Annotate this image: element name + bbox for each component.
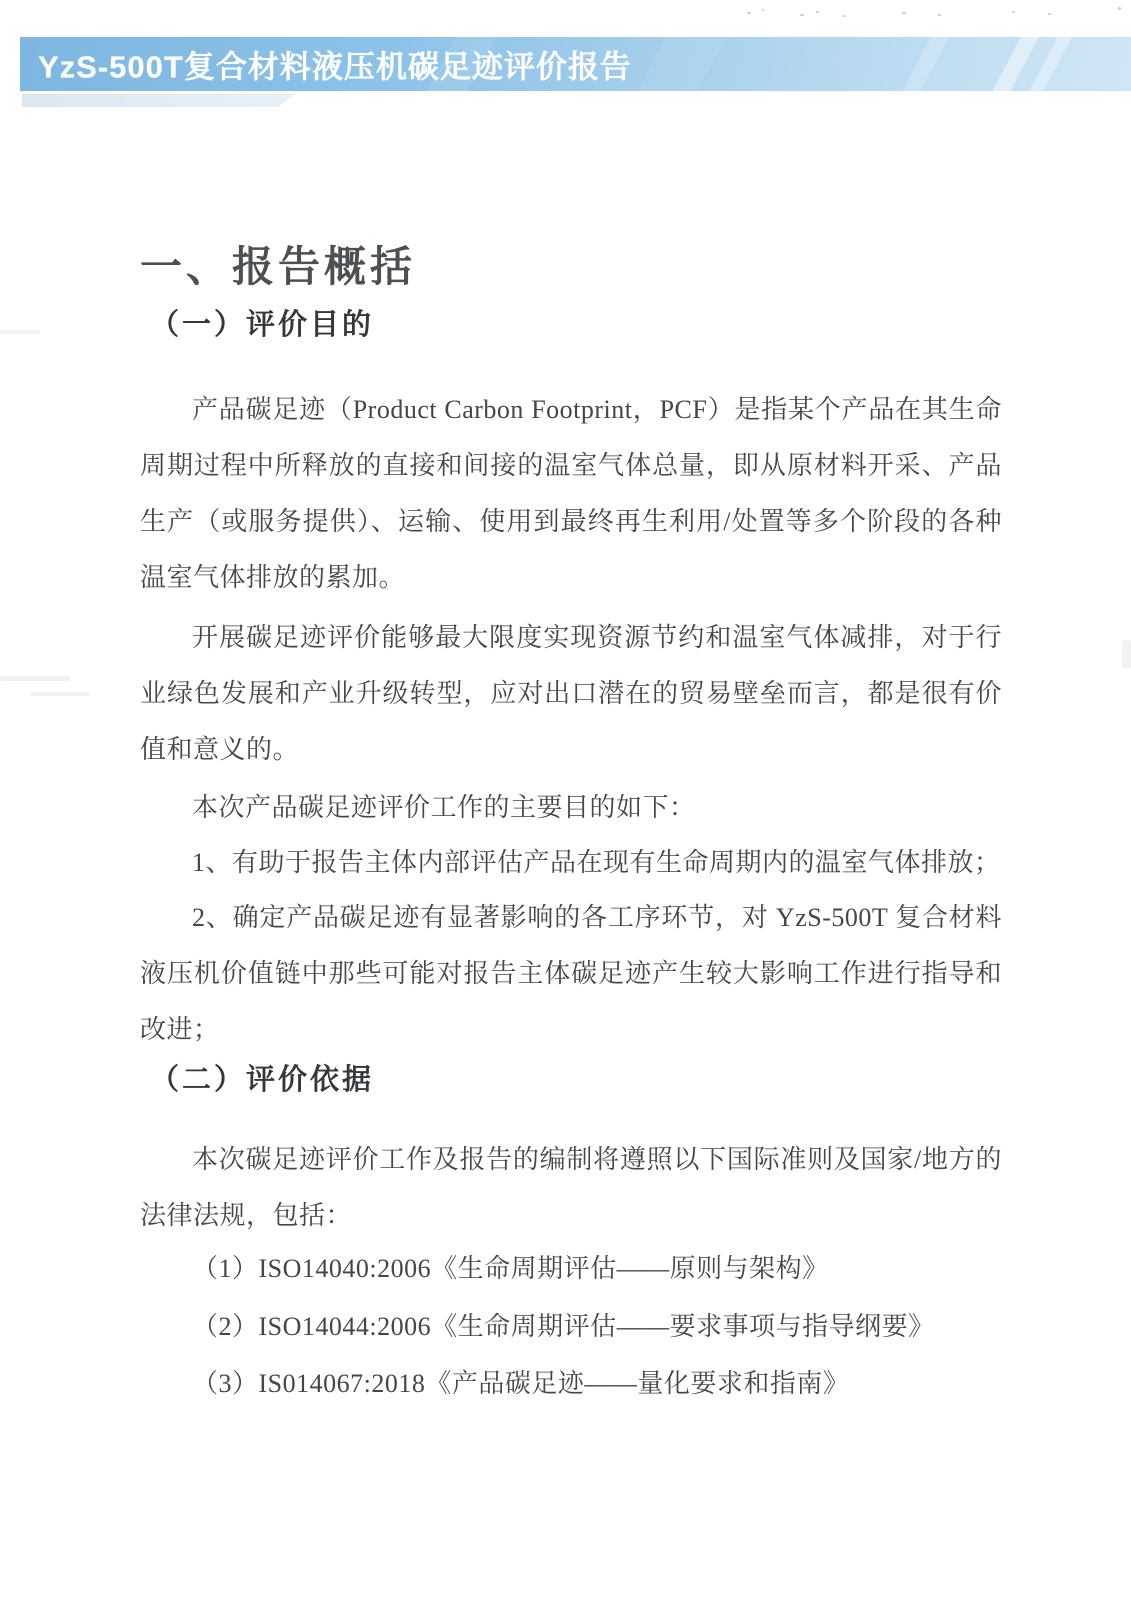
paragraph-pcf-definition: 产品碳足迹（Product Carbon Footprint，PCF）是指某个产… [140,382,1002,606]
scan-dust [843,15,846,17]
banner-gloss-streak [894,37,955,91]
report-header-banner: YzS-500T复合材料液压机碳足迹评价报告 [20,37,1131,91]
section-heading-evaluation-basis: （二）评价依据 [150,1057,374,1098]
scan-dust [938,14,941,16]
scan-smudge [0,330,40,334]
scan-dust [800,14,804,16]
list-item-standard-iso14040: （1）ISO14040:2006《生命周期评估——原则与架构》 [140,1252,1060,1286]
paragraph-basis-intro: 本次碳足迹评价工作及报告的编制将遵照以下国际准则及国家/地方的法律法规，包括： [140,1132,1002,1244]
scan-dust [902,12,906,14]
scan-dust [816,11,819,13]
section-heading-evaluation-purpose: （一）评价目的 [150,302,374,343]
scan-dust [747,12,751,14]
list-item-purpose-1: 1、有助于报告主体内部评估产品在现有生命周期内的温室气体排放； [140,835,1002,891]
paragraph-main-purposes-intro: 本次产品碳足迹评价工作的主要目的如下： [140,780,1002,836]
scan-dust [762,9,764,11]
banner-sub-strip [22,94,295,107]
report-header-title: YzS-500T复合材料液压机碳足迹评价报告 [38,42,632,87]
scan-dust [1118,7,1121,10]
main-heading: 一、报告概括 [140,234,416,294]
scanned-report-page: YzS-500T复合材料液压机碳足迹评价报告 一、报告概括 （一）评价目的 产品… [0,0,1131,1600]
list-item-standard-iso14067: （3）IS014067:2018《产品碳足迹——量化要求和指南》 [140,1367,1060,1401]
banner-gloss-streak [629,37,732,91]
list-item-purpose-2: 2、确定产品碳足迹有显著影响的各工序环节，对 YzS-500T 复合材料液压机价… [140,890,1002,1058]
paragraph-evaluation-value: 开展碳足迹评价能够最大限度实现资源节约和温室气体减排，对于行业绿色发展和产业升级… [140,610,1002,778]
scan-dust [1012,11,1015,13]
scan-smudge [30,692,90,696]
scan-smudge [0,676,70,681]
scan-smudge [1122,640,1131,668]
list-item-standard-iso14044: （2）ISO14044:2006《生命周期评估——要求事项与指导纲要》 [140,1310,1060,1344]
scan-dust [1048,13,1051,15]
